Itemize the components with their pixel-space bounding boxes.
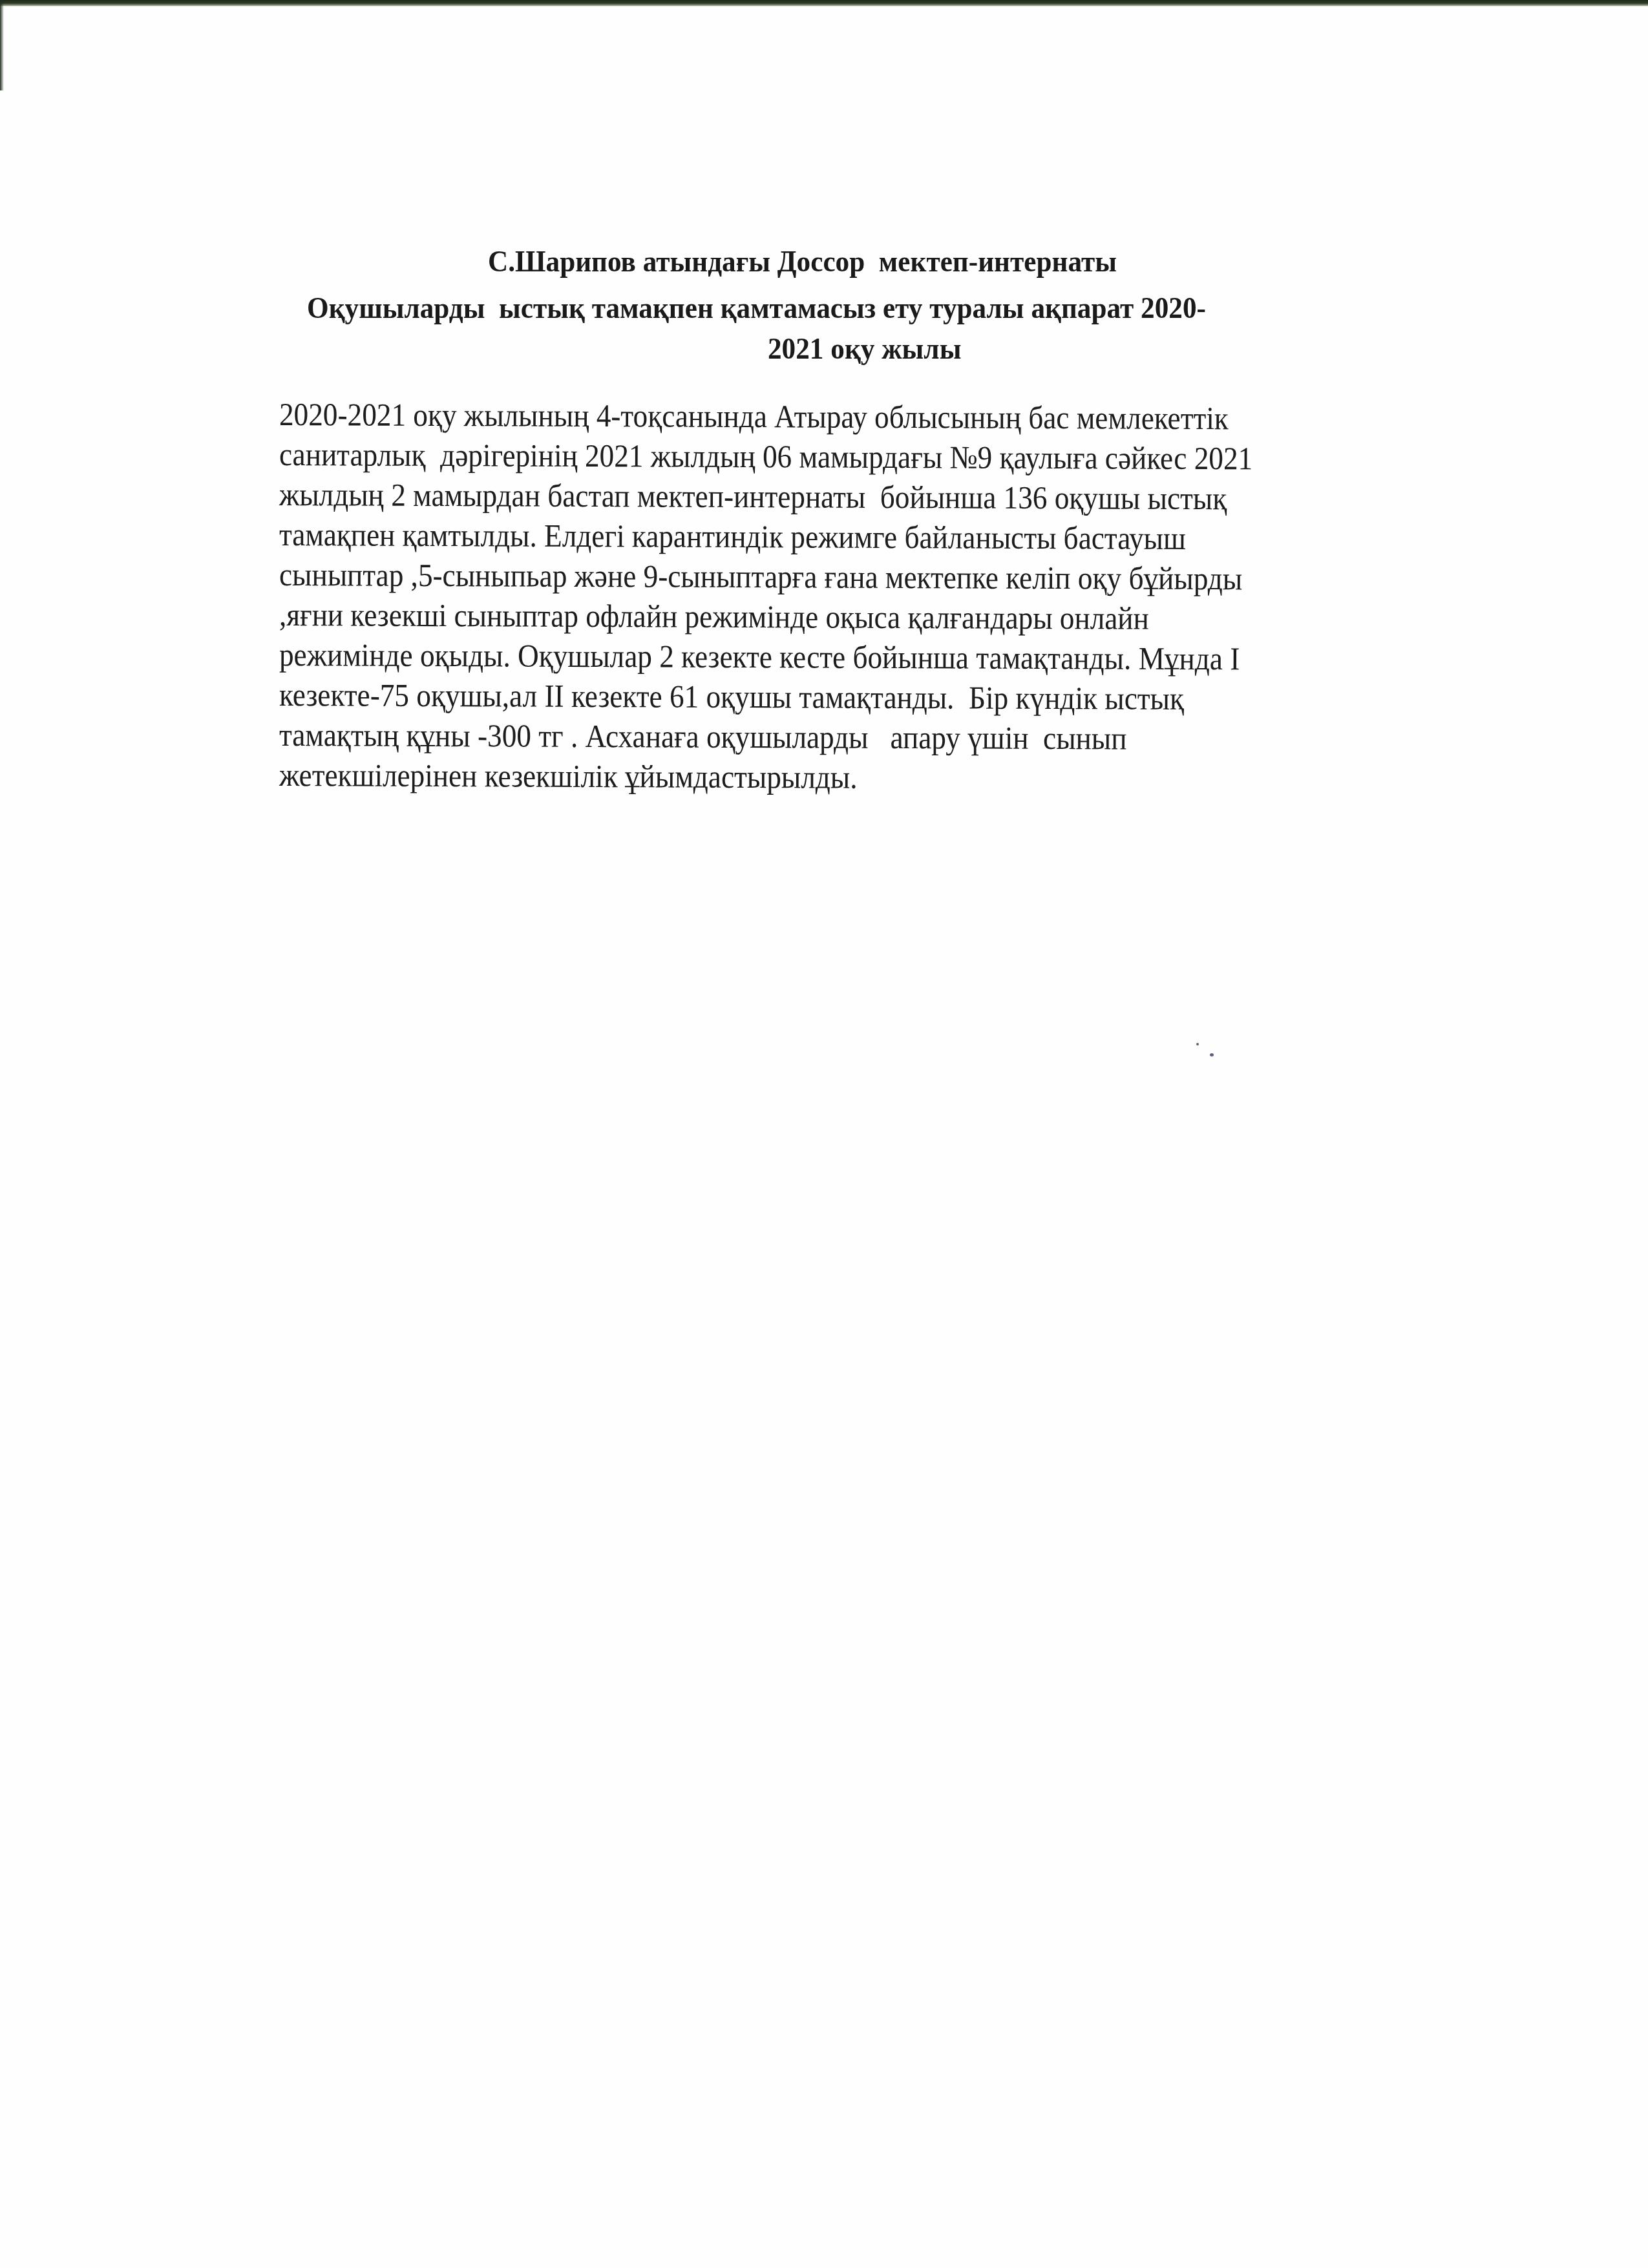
- body-line: тамақтың құны -300 тг . Асханаға оқушыла…: [279, 716, 1127, 757]
- scan-left-edge: [0, 0, 4, 90]
- body-line: тамақпен қамтылды. Елдегі карантиндік ре…: [279, 516, 1186, 557]
- scan-top-edge: [0, 0, 1648, 6]
- body-line: ,яғни кезекші сыныптар офлайн режимінде …: [279, 596, 1149, 637]
- scan-speck: [1210, 1053, 1214, 1056]
- body-line: жетекшілерінен кезекшілік ұйымдастырылды…: [279, 756, 858, 796]
- title-line-school: С.Шарипов атындағы Доссор мектеп-интерна…: [488, 244, 1117, 279]
- body-line: санитарлық дәрігерінің 2021 жылдың 06 ма…: [279, 436, 1252, 477]
- body-line: сыныптар ,5-сыныпьар және 9-сыныптарға ғ…: [279, 556, 1242, 597]
- body-line: 2020-2021 оқу жылының 4-тоқсанында Атыра…: [279, 395, 1229, 437]
- body-line: жылдың 2 мамырдан бастап мектеп-интернат…: [279, 476, 1227, 517]
- title-line-year: 2021 оқу жылы: [768, 331, 961, 366]
- body-line: кезекте-75 оқушы,ал II кезекте 61 оқушы …: [279, 676, 1184, 717]
- scan-speck: [1196, 1043, 1199, 1045]
- body-line: режимінде оқыды. Оқушылар 2 кезекте кест…: [279, 636, 1240, 677]
- scanned-page: С.Шарипов атындағы Доссор мектеп-интерна…: [0, 0, 1648, 2268]
- title-line-subject: Оқушыларды ыстық тамақпен қамтамасыз ету…: [307, 291, 1206, 326]
